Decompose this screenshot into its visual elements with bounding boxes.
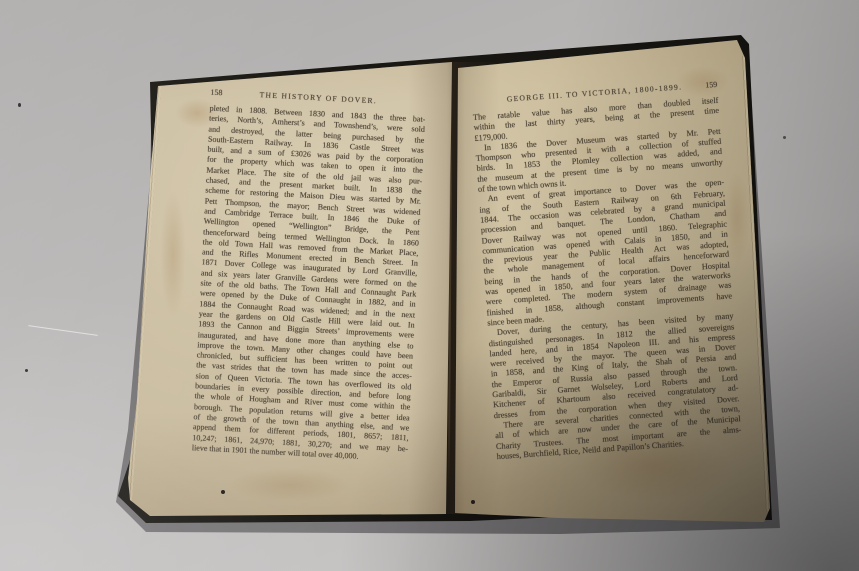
left-page-text: 158 THE HISTORY OF DOVER. pleted in 1808…	[192, 88, 427, 465]
dust-speck	[18, 103, 21, 107]
dust-speck	[783, 136, 786, 139]
right-page-text: GEORGE III. TO VICTORIA, 1800-1899. 159 …	[472, 80, 743, 462]
header-spacer	[472, 102, 498, 104]
header-spacer	[400, 105, 426, 106]
left-page-body: pleted in 1808. Between 1830 and 1843 th…	[192, 104, 426, 465]
right-page-body: The ratable value has also more than dou…	[473, 96, 743, 462]
page-number: 158	[210, 88, 236, 98]
photo-of-open-book: 158 THE HISTORY OF DOVER. pleted in 1808…	[0, 0, 859, 571]
dust-speck	[25, 369, 28, 372]
foxing-stain	[160, 190, 186, 320]
page-number: 159	[691, 80, 718, 91]
ink-speck	[221, 490, 225, 494]
foxing-stain	[230, 468, 350, 502]
surface-scratch	[28, 325, 97, 336]
